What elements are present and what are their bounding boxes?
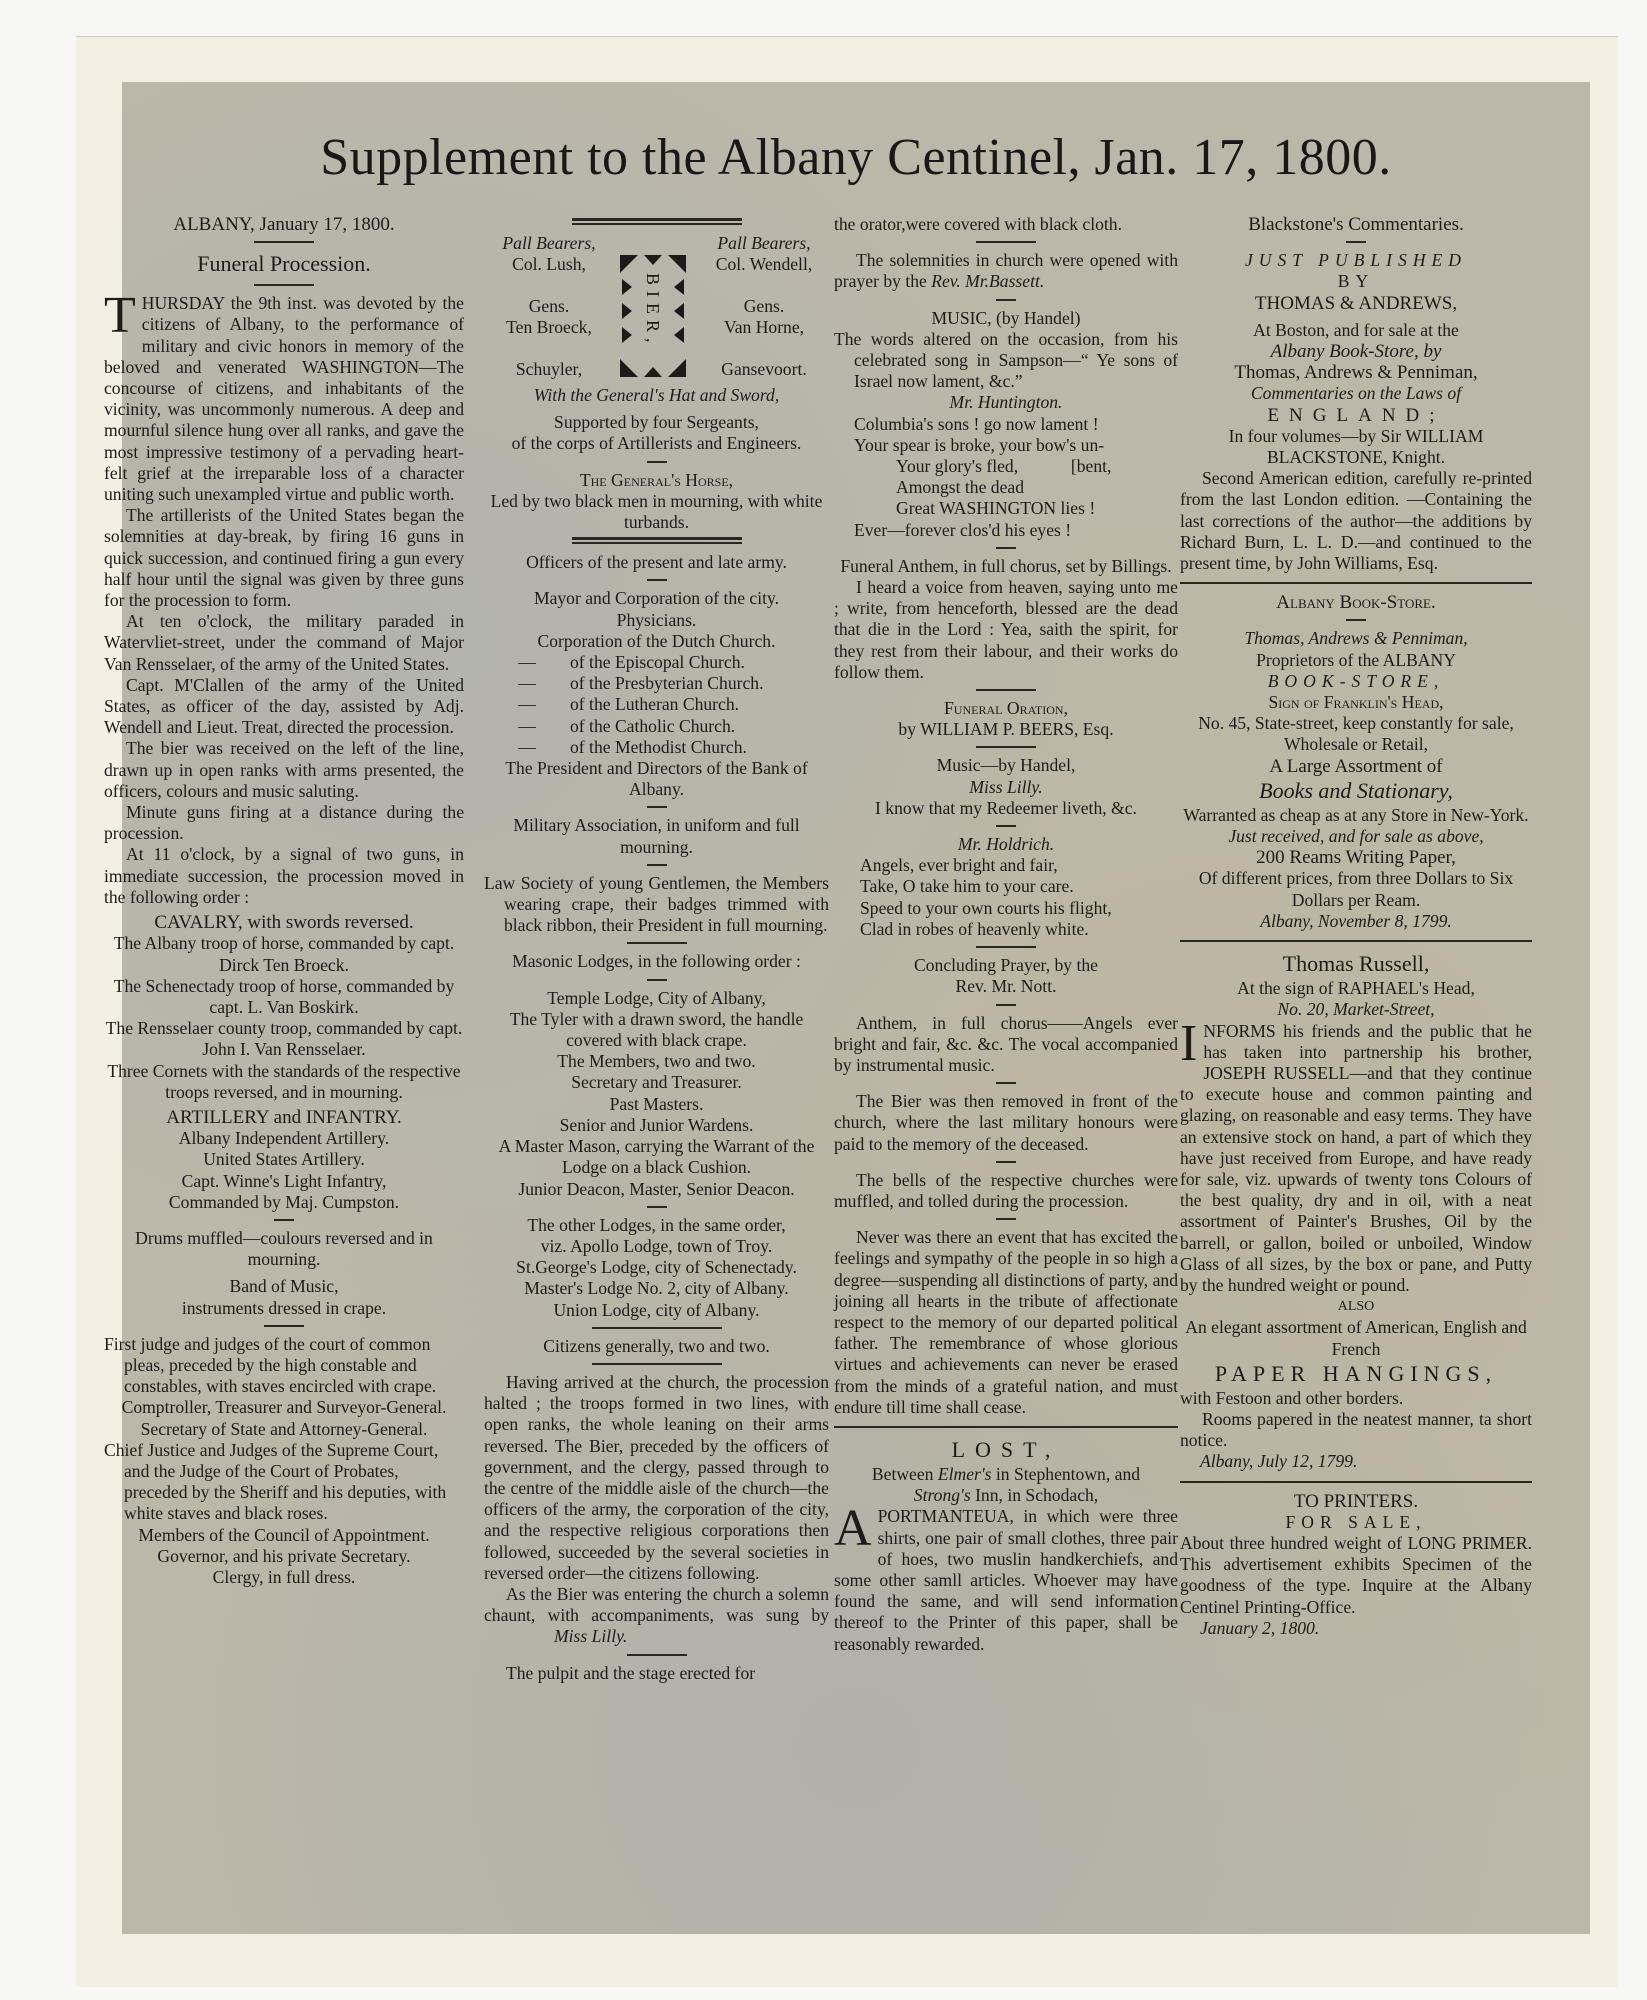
list-item: Corporation of the Dutch Church. (484, 631, 829, 652)
singer: Mr. Holdrich. (834, 834, 1178, 855)
list-item: Thomas, Andrews & Penniman, (1180, 628, 1532, 649)
list-item: Military Association, in uniform and ful… (484, 815, 829, 857)
list-item: Supported by four Sergeants, (484, 412, 829, 433)
list-item: —of the Presbyterian Church. (484, 673, 829, 694)
list-item: BOOK-STORE, (1180, 671, 1532, 692)
paragraph: The Bier was then removed in front of th… (834, 1091, 1178, 1155)
paragraph: At 11 o'clock, by a signal of two guns, … (104, 844, 464, 908)
list-item: Albany Independent Artillery. (104, 1128, 464, 1149)
paragraph: I heard a voice from heaven, saying unto… (834, 577, 1178, 683)
drop-cap: T (104, 295, 136, 337)
divider (996, 299, 1016, 301)
divider (976, 746, 1036, 748)
list-item: United States Artillery. (104, 1149, 464, 1170)
divider (274, 1219, 294, 1221)
pall-bearer: Schuyler, (484, 359, 614, 380)
divider (1180, 940, 1532, 942)
list-item: Concluding Prayer, by the (834, 955, 1178, 976)
divider (592, 1327, 722, 1329)
section-heading: The General's Horse, (484, 470, 829, 491)
list-item: Secretary and Treasurer. (484, 1072, 829, 1093)
paragraph: About three hundred weight of LONG PRIME… (1180, 1533, 1532, 1618)
list-item: Senior and Junior Wardens. (484, 1115, 829, 1136)
column-3: the orator,were covered with black cloth… (834, 214, 1178, 1655)
divider (647, 979, 667, 981)
list-item: Mayor and Corporation of the city. (484, 588, 829, 609)
list-item: instruments dressed in crape. (104, 1298, 464, 1319)
pall-bearer: Ten Broeck, (484, 317, 614, 338)
section-heading: MUSIC, (by Handel) (834, 308, 1178, 329)
list-item: JUST PUBLISHED (1180, 250, 1532, 271)
paragraph: The artillerists of the United States be… (104, 505, 464, 611)
paragraph: Anthem, in full chorus——Angels ever brig… (834, 1013, 1178, 1077)
list-item: First judge and judges of the court of c… (104, 1334, 464, 1398)
section-heading: CAVALRY, with swords reversed. (104, 912, 464, 933)
list-item: The Albany troop of horse, commanded by … (104, 933, 464, 975)
divider (996, 825, 1016, 827)
divider (996, 1161, 1016, 1163)
publisher: THOMAS & ANDREWS, (1180, 293, 1532, 314)
list-item: Drums muffled—coulours reversed and in m… (104, 1228, 464, 1270)
list-item: with Festoon and other borders. (1180, 1388, 1532, 1409)
list-item: No. 45, State-street, keep constantly fo… (1180, 713, 1532, 755)
paragraph: The pulpit and the stage erected for (484, 1663, 829, 1684)
pall-bearers-right-label: Pall Bearers, (694, 233, 834, 254)
divider (996, 1082, 1016, 1084)
drop-cap: A (834, 1508, 872, 1550)
divider (976, 946, 1036, 948)
masthead: Supplement to the Albany Centinel, Jan. … (122, 128, 1590, 187)
divider (264, 1325, 304, 1327)
paragraph: Capt. M'Clallen of the army of the Unite… (104, 675, 464, 739)
list-item: The Members, two and two. (484, 1051, 829, 1072)
column-2: Pall Bearers, Col. Lush, Gens. Ten Broec… (484, 214, 829, 1684)
list-item: BY (1180, 271, 1532, 292)
list-item: Led by two black men in mourning, with w… (484, 491, 829, 533)
divider (996, 1004, 1016, 1006)
pall-bearer: Gens. (694, 296, 834, 317)
list-item: Rev. Mr. Nott. (834, 976, 1178, 997)
list-item: Three Cornets with the standards of the … (104, 1061, 464, 1103)
ad-heading: TO PRINTERS. (1180, 1491, 1532, 1512)
drop-cap: I (1180, 1023, 1197, 1065)
paragraph: The words altered on the occasion, from … (834, 329, 1178, 393)
list-item: —of the Methodist Church. (484, 737, 829, 758)
ad-date: Albany, November 8, 1799. (1180, 911, 1532, 932)
paragraph: Minute guns firing at a distance during … (104, 802, 464, 844)
list-item: St.George's Lodge, city of Schenectady. (484, 1257, 829, 1278)
list-item: —of the Episcopal Church. (484, 652, 829, 673)
list-item: An elegant assortment of American, Engli… (1180, 1317, 1532, 1359)
pall-bearer: Col. Wendell, (694, 254, 834, 275)
list-item: by WILLIAM P. BEERS, Esq. (834, 719, 1178, 740)
ad-date: Albany, July 12, 1799. (1180, 1451, 1532, 1472)
section-heading: LOST, (834, 1436, 1178, 1464)
list-item: Albany Book-Store, by (1180, 341, 1532, 362)
lead-paragraph: THURSDAY the 9th inst. was devoted by th… (104, 293, 464, 505)
divider (647, 579, 667, 581)
list-item: Physicians. (484, 610, 829, 631)
list-item: Temple Lodge, City of Albany, (484, 988, 829, 1009)
dateline: ALBANY, January 17, 1800. (104, 214, 464, 235)
list-item: Law Society of young Gentlemen, the Memb… (484, 873, 829, 937)
verse: Columbia's sons ! go now lament ! Your s… (834, 414, 1178, 541)
divider (254, 284, 314, 286)
double-rule (572, 218, 742, 225)
list-item: I know that my Redeemer liveth, &c. (834, 798, 1178, 819)
divider (647, 1206, 667, 1208)
paragraph: the orator,were covered with black cloth… (834, 214, 1178, 235)
paragraph: The bier was received on the left of the… (104, 738, 464, 802)
list-item: Chief Justice and Judges of the Supreme … (104, 1440, 464, 1525)
list-item: Clergy, in full dress. (104, 1567, 464, 1588)
singer: Miss Lilly. (834, 777, 1178, 798)
singer: Mr. Huntington. (834, 392, 1178, 413)
verse: Angels, ever bright and fair, Take, O ta… (834, 855, 1178, 940)
pall-bearer: Gens. (484, 296, 614, 317)
list-item: The Schenectady troop of horse, commande… (104, 976, 464, 1018)
section-heading: ARTILLERY and INFANTRY. (104, 1107, 464, 1128)
divider (627, 942, 687, 944)
paragraph: The bells of the respective churches wer… (834, 1170, 1178, 1212)
list-item: A Master Mason, carrying the Warrant of … (484, 1136, 829, 1178)
list-item: At Boston, and for sale at the (1180, 320, 1532, 341)
list-item: Sign of Franklin's Head, (1180, 692, 1532, 713)
list-item: Comptroller, Treasurer and Surveyor-Gene… (104, 1397, 464, 1418)
list-item: FOR SALE, (1180, 1512, 1532, 1533)
list-item: of the corps of Artillerists and Enginee… (484, 433, 829, 454)
paragraph: Having arrived at the church, the proces… (484, 1372, 829, 1584)
bier-label: BIER, (642, 273, 663, 349)
list-item: Thomas, Andrews & Penniman, (1180, 362, 1532, 383)
list-item: viz. Apollo Lodge, town of Troy. (484, 1236, 829, 1257)
list-item: Past Masters. (484, 1094, 829, 1115)
list-item: The President and Directors of the Bank … (484, 758, 829, 800)
column-4: Blackstone's Commentaries. JUST PUBLISHE… (1180, 214, 1532, 1639)
list-item: The Tyler with a drawn sword, the handle… (484, 1009, 829, 1051)
list-item: Union Lodge, city of Albany. (484, 1300, 829, 1321)
newspaper-page: Supplement to the Albany Centinel, Jan. … (122, 82, 1590, 1934)
article-title: Funeral Procession. (104, 250, 464, 278)
list-item: PAPER HANGINGS, (1180, 1360, 1532, 1388)
ad-heading: Blackstone's Commentaries. (1180, 214, 1532, 235)
divider (647, 461, 667, 463)
paragraph: Rooms papered in the neatest manner, ta … (1180, 1409, 1532, 1451)
paragraph: At ten o'clock, the military paraded in … (104, 611, 464, 675)
ad-date: January 2, 1800. (1180, 1618, 1532, 1639)
list-item: A Large Assortment of (1180, 756, 1532, 777)
divider (976, 689, 1036, 691)
paragraph: Funeral Anthem, in full chorus, set by B… (834, 556, 1178, 577)
list-item: Capt. Winne's Light Infantry, (104, 1171, 464, 1192)
paragraph: INFORMS his friends and the public that … (1180, 1021, 1532, 1297)
ad-heading: Thomas Russell, (1180, 950, 1532, 978)
divider (647, 806, 667, 808)
list-item: No. 20, Market-Street, (1180, 999, 1532, 1020)
divider (647, 864, 667, 866)
list-item: Books and Stationary, (1180, 777, 1532, 805)
divider (1346, 619, 1366, 621)
paragraph: Never was there an event that has excite… (834, 1227, 1178, 1418)
divider (1346, 241, 1366, 243)
divider (976, 241, 1036, 243)
list-item: Just received, and for sale as above, (1180, 826, 1532, 847)
divider (254, 241, 314, 243)
list-item: The other Lodges, in the same order, (484, 1215, 829, 1236)
pall-bearer: Col. Lush, (484, 254, 614, 275)
list-item: Citizens generally, two and two. (484, 1336, 829, 1357)
list-item: —of the Lutheran Church. (484, 694, 829, 715)
paragraph: The solemnities in church were opened wi… (834, 250, 1178, 292)
divider (1180, 1481, 1532, 1483)
bier-icon: BIER, (620, 255, 686, 377)
list-item: At the sign of RAPHAEL's Head, (1180, 978, 1532, 999)
list-item: Commanded by Maj. Cumpston. (104, 1192, 464, 1213)
paragraph: Between Elmer's in Stephentown, andStron… (834, 1464, 1178, 1506)
list-item: ALSO (1180, 1296, 1532, 1317)
list-item: Proprietors of the ALBANY (1180, 650, 1532, 671)
list-item: Band of Music, (104, 1276, 464, 1297)
list-item: Officers of the present and late army. (484, 552, 829, 573)
paragraph: APORTMANTEUA, in which were three shirts… (834, 1506, 1178, 1654)
divider (1180, 582, 1532, 584)
divider (996, 547, 1016, 549)
pall-bearer: Gansevoort. (694, 359, 834, 380)
pall-bearers-left-label: Pall Bearers, (484, 233, 614, 254)
list-item: Warranted as cheap as at any Store in Ne… (1180, 805, 1532, 826)
divider (834, 1426, 1178, 1428)
list-item: Junior Deacon, Master, Senior Deacon. (484, 1179, 829, 1200)
paragraph: Second American edition, carefully re-pr… (1180, 468, 1532, 574)
list-item: In four volumes—by Sir WILLIAM BLACKSTON… (1180, 426, 1532, 468)
divider (592, 1363, 722, 1365)
column-1: ALBANY, January 17, 1800. Funeral Proces… (104, 214, 464, 1588)
list-item: The Rensselaer county troop, commanded b… (104, 1018, 464, 1060)
section-heading: Masonic Lodges, in the following order : (484, 951, 829, 972)
list-item: Music—by Handel, (834, 755, 1178, 776)
divider (996, 1218, 1016, 1220)
pall-bearer: Van Horne, (694, 317, 834, 338)
list-item: ENGLAND; (1180, 405, 1532, 426)
list-item: 200 Reams Writing Paper, (1180, 847, 1532, 868)
list-item: Commentaries on the Laws of (1180, 383, 1532, 404)
list-item: Secretary of State and Attorney-General. (104, 1419, 464, 1440)
divider (627, 1654, 687, 1656)
section-heading: Funeral Oration, (834, 698, 1178, 719)
bier-diagram: Pall Bearers, Col. Lush, Gens. Ten Broec… (484, 233, 829, 385)
list-item: Of different prices, from three Dollars … (1180, 868, 1532, 910)
list-item: Members of the Council of Appointment. (104, 1525, 464, 1546)
ad-heading: Albany Book-Store. (1180, 592, 1532, 613)
paragraph: As the Bier was entering the church a so… (484, 1584, 829, 1648)
list-item: Governor, and his private Secretary. (104, 1546, 464, 1567)
list-item: Master's Lodge No. 2, city of Albany. (484, 1278, 829, 1299)
double-rule (572, 537, 742, 544)
list-item: With the General's Hat and Sword, (484, 385, 829, 406)
list-item: —of the Catholic Church. (484, 716, 829, 737)
